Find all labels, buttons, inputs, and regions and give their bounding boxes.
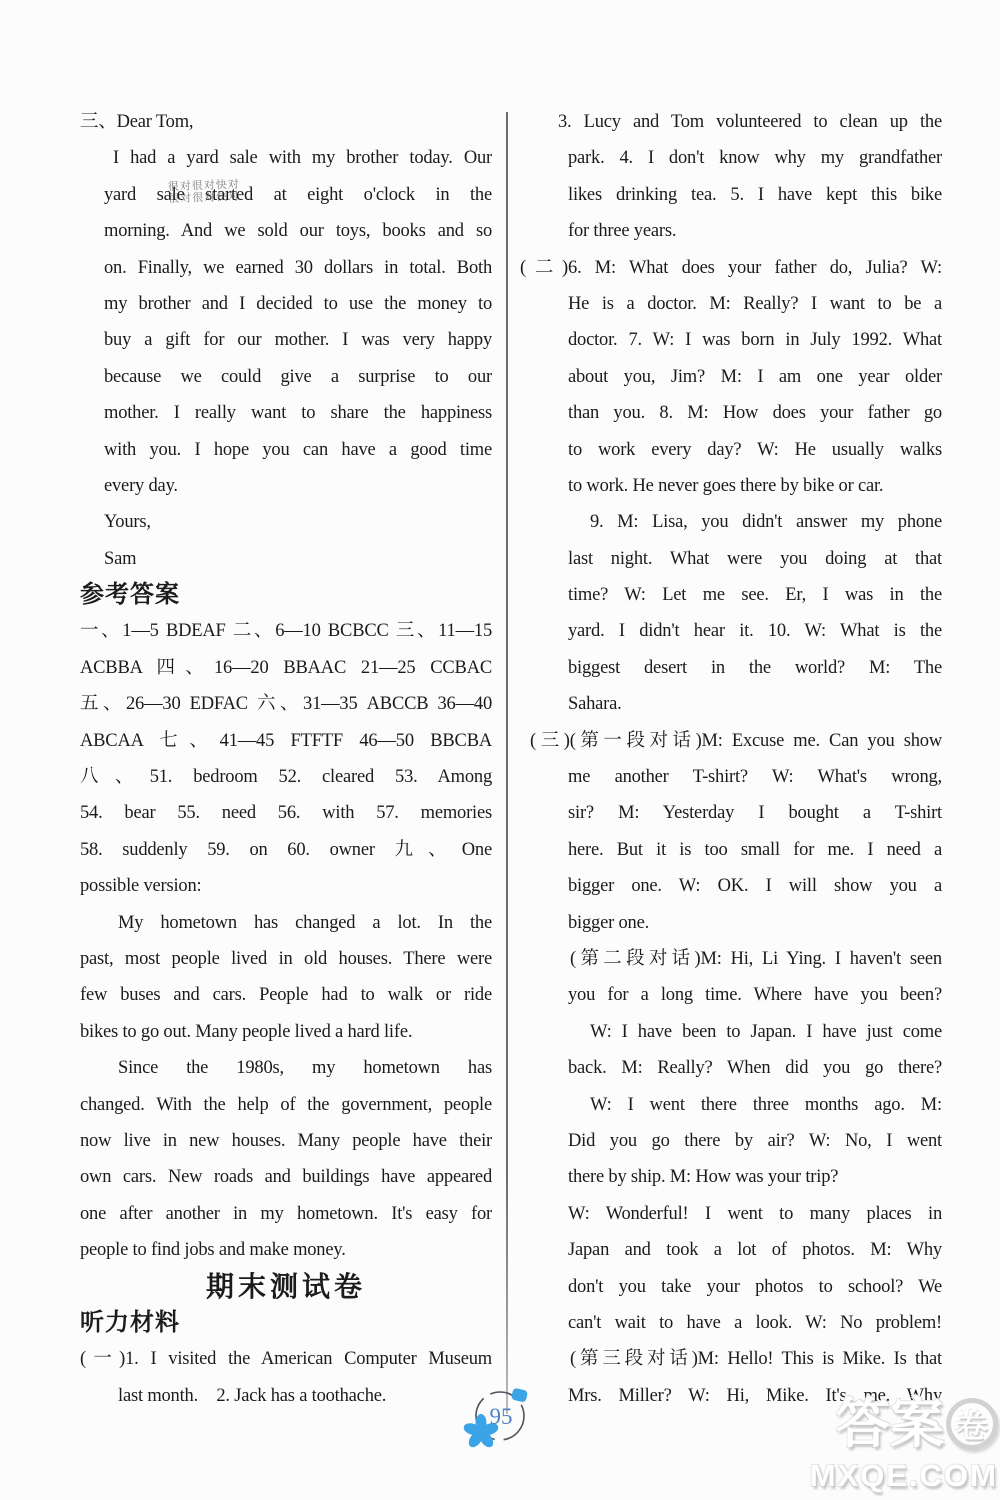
text-line: morning. And we sold our toys, books and… [80,213,492,249]
text-line: Since the 1980s, my hometown has [80,1050,492,1086]
text-line: W: Wonderful! I went to many places in [520,1196,942,1232]
text-line: few buses and cars. People had to walk o… [80,977,492,1013]
text-line: sir? M: Yesterday I bought a T-shirt [520,795,942,831]
text-line: mother. I really want to share the happi… [80,395,492,431]
text-line: Did you go there by air? W: No, I went [520,1123,942,1159]
text-line: can't wait to have a look. W: No problem… [520,1305,942,1341]
page-number: 95 [490,1404,513,1429]
text-line: 参考答案 [80,577,492,613]
text-line: with you. I hope you can have a good tim… [80,432,492,468]
text-line: 期末测试卷 [80,1269,492,1305]
watermark: 答案 卷 MXQE.COM [738,1396,998,1494]
left-column: 三、Dear Tom,I had a yard sale with my bro… [80,104,492,1414]
text-line: own cars. New roads and buildings have a… [80,1159,492,1195]
text-line: because we could give a surprise to our [80,359,492,395]
text-line: (一)1. I visited the American Computer Mu… [80,1341,492,1377]
text-line: people to find jobs and make money. [80,1232,492,1268]
text-line: bigger one. [520,905,942,941]
watermark-text: 答案 [836,1396,944,1452]
text-line: W: I went there three months ago. M: [520,1087,942,1123]
text-line: don't you take your photos to school? We [520,1269,942,1305]
text-line: for three years. [520,213,942,249]
text-line: to work every day? W: He usually walks [520,432,942,468]
text-line: 八、51. bedroom 52. cleared 53. Among [80,759,492,795]
text-line: Sahara. [520,686,942,722]
text-line: possible version: [80,868,492,904]
text-line: (三)(第一段对话)M: Excuse me. Can you show [520,723,942,759]
text-line: buy a gift for our mother. I was very ha… [80,322,492,358]
left-column-lines: 三、Dear Tom,I had a yard sale with my bro… [80,104,492,1414]
text-line: than you. 8. M: How does your father go [520,395,942,431]
text-line: 一、1—5 BDEAF 二、6—10 BCBCC 三、11—15 [80,613,492,649]
text-line: 58. suddenly 59. on 60. owner 九、One [80,832,492,868]
text-line: park. 4. I don't know why my grandfather [520,140,942,176]
watermark-title: 答案 卷 [738,1396,998,1452]
text-line: time? W: Let me see. Er, I was in the [520,577,942,613]
text-line: bikes to go out. Many people lived a har… [80,1014,492,1050]
text-line: to work. He never goes there by bike or … [520,468,942,504]
petal-icon [511,1387,528,1402]
text-line: (二)6. M: What does your father do, Julia… [520,250,942,286]
watermark-circle-icon: 卷 [946,1398,998,1450]
text-line: there by ship. M: How was your trip? [520,1159,942,1195]
text-line: Sam [80,541,492,577]
text-line: here. But it is too small for me. I need… [520,832,942,868]
stamp-line: 很对很对快对 [168,191,240,206]
text-line: doctor. 7. W: I was born in July 1992. W… [520,322,942,358]
page-number-badge: 95 [460,1383,538,1455]
text-line: last month. 2. Jack has a toothache. [80,1378,492,1414]
text-line: (第二段对话)M: Hi, Li Ying. I haven't seen [520,941,942,977]
text-line: ABCAA 七、41—45 FTFTF 46—50 BBCBA [80,723,492,759]
right-column: 3. Lucy and Tom volunteered to clean up … [520,104,942,1414]
text-line: yard sale started at eight o'clock in th… [80,177,492,213]
scanned-answer-page: 三、Dear Tom,I had a yard sale with my bro… [0,0,1000,1500]
column-divider-line [506,112,508,1414]
text-line: 听力材料 [80,1305,492,1341]
text-line: 三、Dear Tom, [80,104,492,140]
text-line: He is a doctor. M: Really? I want to be … [520,286,942,322]
text-line: on. Finally, we earned 30 dollars in tot… [80,250,492,286]
text-line: past, most people lived in old houses. T… [80,941,492,977]
watermark-circled-char: 卷 [956,1401,988,1447]
text-line: biggest desert in the world? M: The [520,650,942,686]
text-line: ACBBA 四、16—20 BBAAC 21—25 CCBAC [80,650,492,686]
text-line: bigger one. W: OK. I will show you a [520,868,942,904]
text-line: me another T-shirt? W: What's wrong, [520,759,942,795]
page-badge-graphic: 95 [460,1383,538,1455]
text-line: you for a long time. Where have you been… [520,977,942,1013]
watermark-domain: MXQE.COM [738,1458,998,1494]
text-line: I had a yard sale with my brother today.… [80,140,492,176]
text-line: now live in new houses. Many people have… [80,1123,492,1159]
text-line: my brother and I decided to use the mone… [80,286,492,322]
text-line: 3. Lucy and Tom volunteered to clean up … [520,104,942,140]
text-line: about you, Jim? M: I am one year older [520,359,942,395]
text-line: changed. With the help of the government… [80,1087,492,1123]
text-line: 9. M: Lisa, you didn't answer my phone [520,504,942,540]
text-line: 54. bear 55. need 56. with 57. memories [80,795,492,831]
text-line: back. M: Really? When did you go there? [520,1050,942,1086]
text-line: every day. [80,468,492,504]
text-line: Yours, [80,504,492,540]
text-line: (第三段对话)M: Hello! This is Mike. Is that [520,1341,942,1377]
right-column-lines: 3. Lucy and Tom volunteered to clean up … [520,104,942,1414]
text-line: likes drinking tea. 5. I have kept this … [520,177,942,213]
text-line: Japan and took a lot of photos. M: Why [520,1232,942,1268]
text-line: yard. I didn't hear it. 10. W: What is t… [520,613,942,649]
text-line: W: I have been to Japan. I have just com… [520,1014,942,1050]
overprint-stamp: 很对很对快对 很对很对快对 [168,179,241,205]
text-line: 五、26—30 EDFAC 六、31—35 ABCCB 36—40 [80,686,492,722]
text-line: last night. What were you doing at that [520,541,942,577]
text-line: My hometown has changed a lot. In the [80,905,492,941]
text-line: one after another in my hometown. It's e… [80,1196,492,1232]
